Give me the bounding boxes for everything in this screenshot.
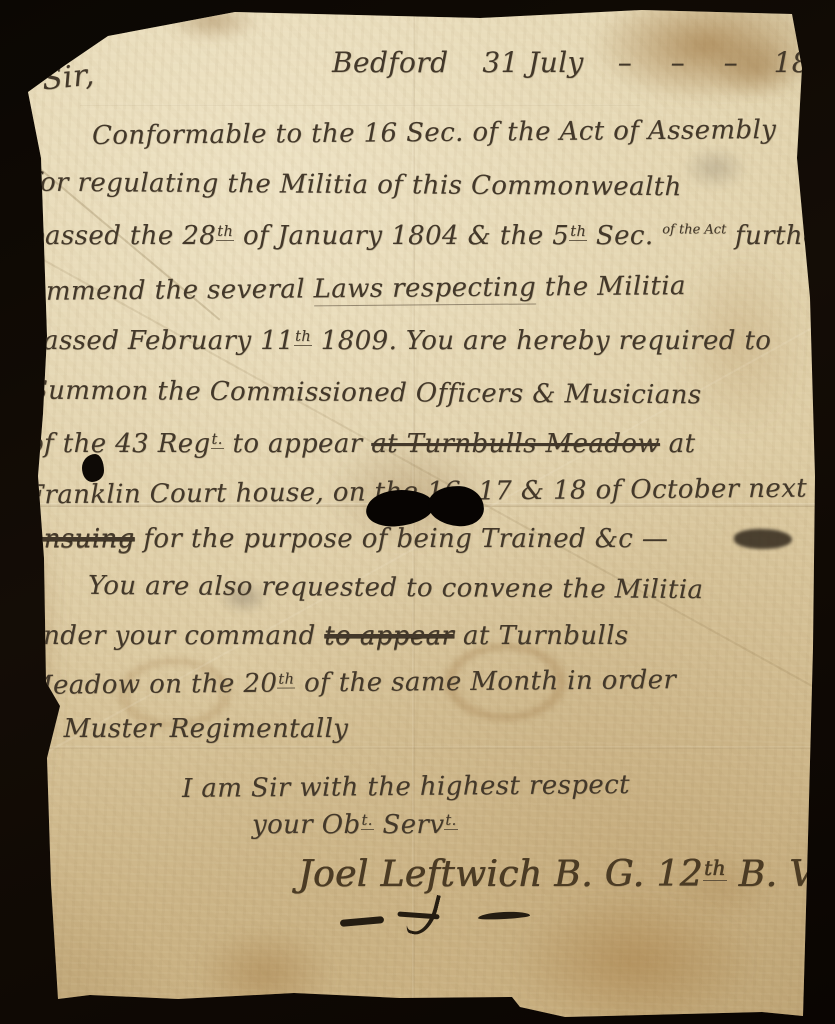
text-segment: for regulating the Militia of this Commo… [30, 168, 682, 203]
ink-smear [734, 529, 792, 549]
salutation: Sir, [40, 57, 96, 97]
text-segment: under your command [26, 621, 324, 651]
text-segment: to appear [224, 429, 371, 459]
flourish-stroke [478, 911, 530, 921]
text-segment: of the 43 Reg [28, 429, 211, 459]
letter-line: Summon the Commissioned Officers & Music… [30, 376, 702, 411]
text-segment: Conformable to the 16 Sec. of the Act of… [92, 115, 777, 151]
fold-crease-upper [80, 104, 640, 106]
letter-line: You are also requested to convene the Mi… [88, 571, 704, 605]
dateline-place: Bedford [332, 46, 448, 79]
struck-text: ensuing [28, 524, 135, 554]
text-segment: 1809. You are hereby required to [312, 326, 771, 356]
letter-line: ammend the several Laws respecting the M… [30, 271, 686, 307]
superscript: th [216, 223, 234, 241]
text-segment: You are also requested to convene the Mi… [88, 571, 704, 605]
text-segment: passed February 11 [26, 326, 294, 356]
text-segment: your Ob [252, 810, 361, 840]
text-segment: to Muster Regimentally [28, 714, 348, 744]
underlined-text: Laws respecting [313, 272, 536, 306]
text-segment: at [660, 429, 695, 459]
superscript: t. [211, 431, 224, 449]
text-segment: at Turnbulls [454, 621, 628, 651]
dateline: Bedford 31 July – – – 1809 [332, 46, 835, 79]
text-segment: further to [726, 221, 835, 251]
signature-suffix: B. V. M. [727, 854, 835, 895]
text-segment: ammend the several [30, 274, 314, 306]
struck-text: to appear [324, 621, 454, 651]
signature-flourish [328, 904, 558, 940]
text-segment: Sec. [587, 221, 653, 251]
closing-line: I am Sir with the highest respect [182, 770, 630, 804]
text-segment: the Militia [536, 271, 686, 302]
text-segment: of January 1804 & the 5 [234, 221, 569, 251]
closing-line: your Obt. Servt. [252, 810, 458, 840]
dateline-dashes: – – – [618, 46, 740, 79]
flourish-stroke [340, 916, 384, 927]
ink-blot [82, 454, 104, 482]
superscript: th [294, 328, 312, 346]
dateline-year: 1809 [774, 46, 835, 79]
superscript: t. [361, 812, 374, 830]
superscript: t. [444, 812, 457, 830]
letter-line: ensuing for the purpose of being Trained… [28, 524, 668, 554]
letter-line: Conformable to the 16 Sec. of the Act of… [92, 115, 777, 151]
letter-line: passed the 28th of January 1804 & the 5t… [28, 221, 835, 251]
letter-line: of the 43 Regt. to appear at Turnbulls M… [28, 429, 695, 459]
interlined-insertion: of the Act [662, 223, 726, 238]
flourish-loop [405, 890, 441, 939]
stain-top-left [165, 0, 260, 42]
superscript: th [569, 223, 587, 241]
letter-line: under your command to appear at Turnbull… [26, 621, 629, 651]
dateline-day: 31 July [482, 46, 583, 79]
document-scan: Bedford 31 July – – – 1809 Sir, Conforma… [0, 0, 835, 1024]
fold-crease-lower [20, 746, 820, 749]
signature: Joel Leftwich B. G. 12th B. V. M. [298, 854, 835, 895]
text-segment: Meadow on the 20 [26, 669, 278, 701]
signature-name: Joel Leftwich B. G. 12 [298, 854, 703, 895]
letter-line: for regulating the Militia of this Commo… [30, 168, 682, 203]
letter-line: to Muster Regimentally [28, 714, 348, 744]
struck-text: at Turnbulls Meadow [371, 429, 660, 459]
letter-page: Bedford 31 July – – – 1809 Sir, Conforma… [20, 6, 820, 1018]
letter-line: passed February 11th 1809. You are hereb… [26, 326, 771, 356]
superscript: th [277, 670, 295, 688]
superscript: th [703, 856, 727, 881]
text-segment: passed the 28 [28, 221, 216, 251]
letter-line: Meadow on the 20th of the same Month in … [26, 665, 677, 701]
text-segment: of the same Month in order [295, 665, 676, 698]
stain-bottom-left [195, 926, 335, 1021]
ink-smudge [682, 146, 748, 190]
text-segment: for the purpose of being Trained &c — [135, 524, 669, 554]
text-segment: Serv [374, 810, 445, 840]
text-segment: Summon the Commissioned Officers & Music… [30, 376, 702, 411]
